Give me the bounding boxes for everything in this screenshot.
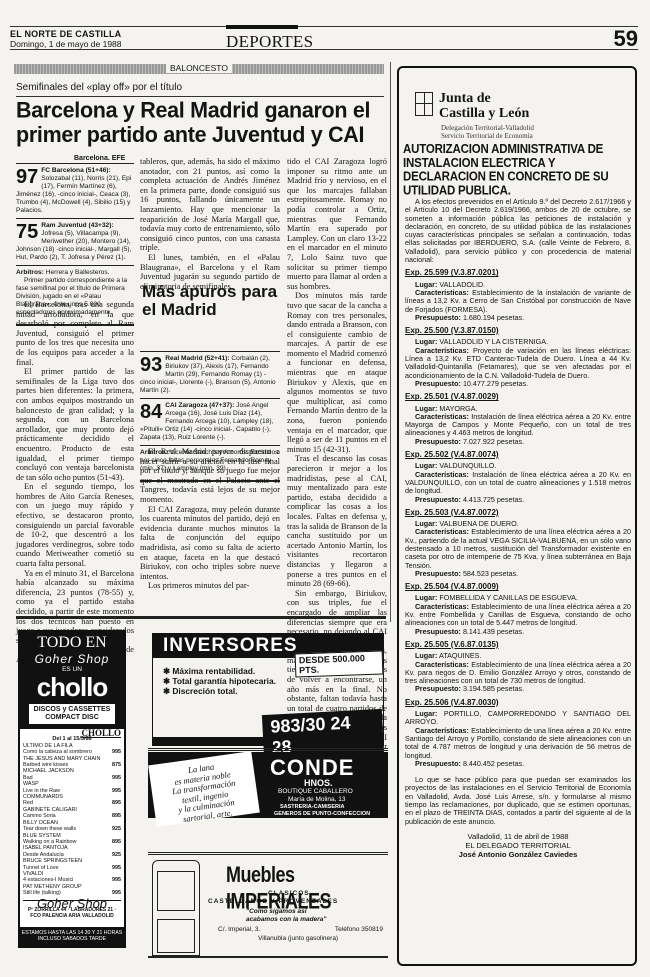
ad-line: BOUTIQUE CABALLERO xyxy=(278,788,353,795)
expediente-item: Exp. 25.599 (V.3.87.0201)Lugar: VALLADOL… xyxy=(405,269,631,322)
expediente-number: Exp. 25.500 (V.3.87.0150) xyxy=(405,327,631,335)
price-list-item: ULTIMO DE LA FILAComo la cabeza al sombr… xyxy=(23,743,121,756)
score-a: 93 xyxy=(140,356,162,374)
price-list-items: ULTIMO DE LA FILAComo la cabeza al sombr… xyxy=(23,743,121,897)
ad-address: Pº ZORRILLA 44 · LABRADORES 21 · FCO PAL… xyxy=(23,907,121,919)
item-title: 4 estaciones-I Musici xyxy=(23,877,73,883)
price-list-item: VIVALDI4 estaciones-I Musici995 xyxy=(23,871,121,884)
notice-closing: Lo que se hace público para que puedan s… xyxy=(405,776,631,826)
expediente-number: Exp. 25.501 (V.4.87.0029) xyxy=(405,393,631,401)
article-column-2b: El Real Madrid parece dispuesto a hacer … xyxy=(140,447,280,591)
expediente-number: Exp. 25.599 (V.3.87.0201) xyxy=(405,269,631,277)
score-b: 75 xyxy=(16,223,38,241)
expediente-presupuesto: Presupuesto: 1.680.194 pesetas. xyxy=(405,314,631,322)
article-kicker: Semifinales del «play off» por el título xyxy=(16,82,384,97)
ad-separator xyxy=(148,748,388,751)
section-title: DEPORTES xyxy=(226,32,313,52)
price-list-item: THE JESUS AND MARY CHAINBarbed wire kiss… xyxy=(23,756,121,769)
masthead-rule xyxy=(498,26,638,50)
ad-line: CLASICOS xyxy=(268,890,310,897)
ad-quote: "Como sigamos así acabamos con la madera… xyxy=(246,908,326,924)
ad-conde-hnos: La lana es materia noble La transformaci… xyxy=(148,752,388,818)
cabinet-icon xyxy=(152,860,200,956)
score-a: 97 xyxy=(16,168,38,186)
category-band: BALONCESTO xyxy=(14,64,384,74)
ad-inversores: INVERSORES DESDE 500.000 PTS. ✱ Máxima r… xyxy=(152,633,384,746)
ad-line: GENEROS DE PUNTO-CONFECCION xyxy=(274,811,370,817)
team-b-name: Ram Juventud (43+32): xyxy=(41,222,113,229)
expediente-presupuesto: Presupuesto: 3.194.585 pesetas. xyxy=(405,685,631,693)
referees: Herrera y Ballesteros. xyxy=(46,269,110,276)
newspaper-name: EL NORTE DE CASTILLA xyxy=(10,29,121,39)
expediente-caracteristicas: Características: Establecimiento de una … xyxy=(405,661,631,686)
asterisk-icon: ✱ xyxy=(163,676,170,686)
paragraph: tableros, que, además, ha sido el máximo… xyxy=(140,157,280,253)
price-list: CHOLLO Del 1 al 15/5/88 ULTIMO DE LA FIL… xyxy=(20,729,124,927)
item-price: 995 xyxy=(112,775,121,781)
paragraph: El primer partido de las semifinales de … xyxy=(16,367,134,482)
article-column-1: El Barcelona, tras una segunda mitad arr… xyxy=(16,300,134,665)
item-title: Tunnel of Love xyxy=(23,865,58,871)
ad-location: Villanubla (junto gasolinera) xyxy=(258,935,338,942)
expediente-lugar: Lugar: PORTILLO, CAMPORREDONDO Y SANTIAG… xyxy=(405,710,631,727)
referees-label: Arbitros: xyxy=(16,269,44,276)
sign-name: José Antonio González Caviedes xyxy=(405,850,631,859)
castilla-leon-crest-icon xyxy=(415,92,433,116)
expediente-caracteristicas: Características: Establecimiento de una … xyxy=(405,528,631,569)
item-title: Como la cabeza al sombrero xyxy=(23,749,92,755)
expediente-presupuesto: Presupuesto: 8.141.439 pesetas. xyxy=(405,628,631,636)
expediente-caracteristicas: Características: Instalación de línea el… xyxy=(405,413,631,438)
expediente-presupuesto: Presupuesto: 10.477.279 pesetas. xyxy=(405,380,631,388)
price-list-item: BLUE SYSTEMWalking on a Rainbow895 xyxy=(23,833,121,846)
price-list-item: MICHAEL JACKSONBad995 xyxy=(23,768,121,781)
expediente-item: Exp. 25.505 (V.6.87.0135)Lugar: ATAQUINE… xyxy=(405,641,631,694)
price-list-item: ISABEL PANTOJADesde Andalucía925 xyxy=(23,845,121,858)
item-title: Red xyxy=(23,800,33,806)
ad-discos: DISCOS y CASSETTES COMPACT DISC xyxy=(28,703,116,725)
column-divider xyxy=(390,62,391,622)
expediente-item: Exp. 25.502 (V.4.87.0074)Lugar: VALDUNQU… xyxy=(405,451,631,504)
paragraph: Los primeros minutos del par- xyxy=(140,581,280,591)
paragraph: En el segundo tiempo, los hombres de Aít… xyxy=(16,482,134,568)
subheadline: Más apuros para el Madrid xyxy=(142,283,282,319)
item-price: 995 xyxy=(112,890,121,896)
expediente-number: Exp. 25.502 (V.4.87.0074) xyxy=(405,451,631,459)
item-price: 925 xyxy=(112,826,121,832)
ad-address: María de Molina, 13 xyxy=(288,796,345,803)
expediente-item: Exp. 25.500 (V.3.87.0150)Lugar: VALLADOL… xyxy=(405,327,631,388)
price-list-item: GABINETE CALIGARICamino Soria895 xyxy=(23,807,121,820)
article-bottom-rule xyxy=(16,616,386,619)
expediente-presupuesto: Presupuesto: 584.523 pesetas. xyxy=(405,570,631,578)
ad-bullet: ✱ Total garantía hipotecaria. xyxy=(163,676,383,686)
item-price: 895 xyxy=(112,813,121,819)
ad-contact: C/. Imperial, 3. Teléfono 350819 xyxy=(218,926,383,933)
expediente-number: Exp. 25.503 (V.4.87.0072) xyxy=(405,509,631,517)
expediente-item: Exp. 25.504 (V.4.87.0009)Lugar: FOMBELLI… xyxy=(405,583,631,636)
article-headline: Barcelona y Real Madrid ganaron el prime… xyxy=(16,99,388,147)
category-label: BALONCESTO xyxy=(166,63,232,73)
price-list-item: WASPLive in the Raw995 xyxy=(23,781,121,794)
ad-chollo: chollo xyxy=(18,673,126,701)
sign-role: EL DELEGADO TERRITORIAL xyxy=(405,841,631,850)
item-title: Camino Soria xyxy=(23,813,56,819)
ad-line: SASTRERIA-CAMISERIA xyxy=(280,804,344,810)
price-list-item: BILLY OCEANTear down these walls925 xyxy=(23,820,121,833)
item-price: 925 xyxy=(112,852,121,858)
price-list-item: COMMUNARDSRed895 xyxy=(23,794,121,807)
item-price: 875 xyxy=(112,762,121,768)
org-name-line1: Junta de xyxy=(439,92,491,106)
expediente-presupuesto: Presupuesto: 4.413.725 pesetas. xyxy=(405,496,631,504)
score-b: 84 xyxy=(140,403,162,421)
ad-bullet: ✱ Discreción total. xyxy=(163,686,383,696)
notice-body: A los efectos prevenidos en el Artículo … xyxy=(405,198,631,859)
item-price: 995 xyxy=(112,788,121,794)
ad-brand: Goher Shop xyxy=(18,652,126,666)
ad-goher-shop: TODO EN Goher Shop ES UN chollo DISCOS y… xyxy=(18,630,126,948)
masthead: EL NORTE DE CASTILLA Domingo, 1 de mayo … xyxy=(10,26,498,50)
org-name-line2: Castilla y León xyxy=(439,107,529,121)
expediente-caracteristicas: Características: Instalación de línea el… xyxy=(405,471,631,496)
expediente-item: Exp. 25.503 (V.4.87.0072)Lugar: VALBUENA… xyxy=(405,509,631,578)
team-b-block: 75 Ram Juventud (43+32): Jofresa (5), Vi… xyxy=(16,218,134,265)
ad-separator xyxy=(148,852,388,855)
sign-place: Valladolid, 11 de abril de 1988 xyxy=(405,832,631,841)
ad-badge: DESDE 500.000 PTS. xyxy=(295,650,384,677)
expediente-caracteristicas: Características: Establecimiento de la i… xyxy=(405,289,631,314)
expediente-presupuesto: Presupuesto: 7.027.922 pesetas. xyxy=(405,438,631,446)
paragraph: El Barcelona, tras una segunda mitad arr… xyxy=(16,300,134,367)
item-price: 895 xyxy=(112,800,121,806)
expediente-presupuesto: Presupuesto: 8.440.452 pesetas. xyxy=(405,760,631,768)
ad-line: TODO EN xyxy=(18,634,126,652)
paragraph: El CAI Zaragoza, muy peleón durante los … xyxy=(140,505,280,582)
expediente-caracteristicas: Características: Establecimiento de una … xyxy=(405,727,631,760)
expediente-item: Exp. 25.506 (V.4.87.0030)Lugar: PORTILLO… xyxy=(405,699,631,768)
price-list-item: PAT METHENY GROUPStill life (talking)995 xyxy=(23,884,121,897)
item-price: 995 xyxy=(112,865,121,871)
team-a-name: Real Madrid (52+41): xyxy=(165,355,229,362)
asterisk-icon: ✱ xyxy=(163,686,170,696)
team-a-block: 93 Real Madrid (52+41): Corbalán (2), Bi… xyxy=(140,351,280,398)
team-b-name: CAI Zaragoza (47+37): xyxy=(165,402,234,409)
expediente-number: Exp. 25.504 (V.4.87.0009) xyxy=(405,583,631,591)
section-bar xyxy=(226,25,298,29)
item-price: 895 xyxy=(112,839,121,845)
ad-muebles-imperiales: Muebles IMPERIALES CLASICOS CASTELLANOS … xyxy=(148,858,388,958)
asterisk-icon: ✱ xyxy=(163,666,170,676)
ad-title: Muebles IMPERIALES xyxy=(226,862,388,915)
official-notice: Junta de Castilla y León Delegación Terr… xyxy=(397,66,637,966)
team-b-block: 84 CAI Zaragoza (47+37): José Angel Arce… xyxy=(140,398,280,445)
paragraph: tido el CAI Zaragoza logró imponer su ri… xyxy=(287,157,387,291)
price-list-item: BRUCE SPRINGSTEENTunnel of Love995 xyxy=(23,858,121,871)
ad-line: CASTELLANOS Y PROVENZALES xyxy=(208,898,338,905)
notice-intro: A los efectos prevenidos en el Artículo … xyxy=(405,198,631,264)
department: Delegación Territorial-Valladolid Servic… xyxy=(441,124,534,140)
expediente-caracteristicas: Características: Proyecto de variación e… xyxy=(405,347,631,380)
article-column-2: tableros, que, además, ha sido el máximo… xyxy=(140,157,280,291)
ad-brand-footer: Goher Shop xyxy=(23,900,121,907)
expediente-number: Exp. 25.505 (V.6.87.0135) xyxy=(405,641,631,649)
item-price: 995 xyxy=(112,877,121,883)
team-a-name: FC Barcelona (51+46): xyxy=(41,167,110,174)
paragraph: El Real Madrid parece dispuesto a hacer … xyxy=(140,447,280,505)
expediente-caracteristicas: Características: Establecimiento de una … xyxy=(405,603,631,628)
paragraph: Dos minutos más tarde tuvo que sacar de … xyxy=(287,291,387,454)
ad-hours: ESTAMOS HASTA LAS 14 30 Y 21 HORAS INCLU… xyxy=(18,927,126,945)
item-title: Tear down these walls xyxy=(23,826,76,832)
ad-card: La lana es materia noble La transformaci… xyxy=(148,751,260,827)
dateline: Barcelona. EFE xyxy=(74,155,125,162)
paragraph: Tras el descanso las cosas parecieron ir… xyxy=(287,454,387,588)
expediente-number: Exp. 25.506 (V.4.87.0030) xyxy=(405,699,631,707)
issue-date: Domingo, 1 de mayo de 1988 xyxy=(10,39,122,49)
signature: Valladolid, 11 de abril de 1988 EL DELEG… xyxy=(405,832,631,859)
expedientes-list: Exp. 25.599 (V.3.87.0201)Lugar: VALLADOL… xyxy=(405,269,631,768)
expediente-item: Exp. 25.501 (V.4.87.0029)Lugar: MAYORGA.… xyxy=(405,393,631,446)
ad-brand-sub: HNOS. xyxy=(304,778,333,788)
item-price: 995 xyxy=(112,749,121,755)
notice-title: AUTORIZACION ADMINISTRATIVA DE INSTALACI… xyxy=(403,143,629,198)
team-a-block: 97 FC Barcelona (51+46): Solozabal (11),… xyxy=(16,163,134,218)
ad-base-bar xyxy=(153,737,273,745)
